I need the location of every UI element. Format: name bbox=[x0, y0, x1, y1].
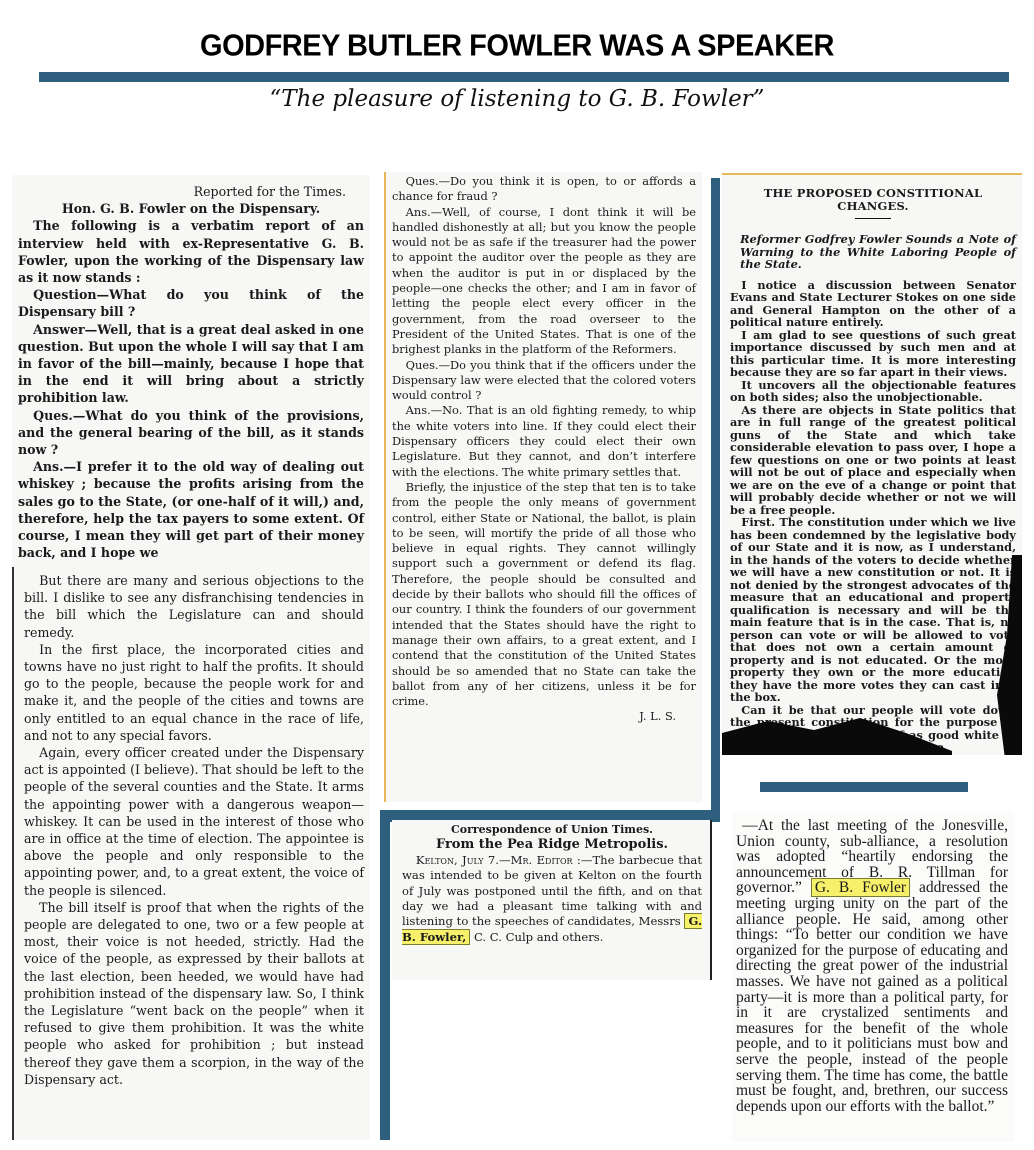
clipping-paragraph: I notice a discussion between Senator Ev… bbox=[730, 279, 1016, 329]
clipping-deck: Reformer Godfrey Fowler Sounds a Note of… bbox=[730, 233, 1016, 271]
clipping-text: C. C. Culp and others. bbox=[474, 930, 603, 944]
clipping-pea-ridge: Correspondence of Union Times. From the … bbox=[392, 820, 712, 980]
clipping-paragraph: Kelton, July 7.—Mr. Editor :—The barbecu… bbox=[402, 853, 702, 945]
clipping-text: addressed the meeting urging unity on th… bbox=[736, 879, 1008, 1114]
clipping-interview-part1: Reported for the Times. Hon. G. B. Fowle… bbox=[12, 175, 370, 567]
clipping-headline: From the Pea Ridge Metropolis. bbox=[402, 837, 702, 852]
clipping-paragraph: Ans.—I prefer it to the old way of deali… bbox=[18, 458, 364, 561]
page-subtitle: “The pleasure of listening to G. B. Fowl… bbox=[0, 86, 1034, 112]
clipping-dateline: Reported for the Times. bbox=[18, 183, 364, 200]
clipping-paragraph: Ques.—Do you think that if the officers … bbox=[392, 358, 696, 404]
clipping-paragraph: Question—What do you think of the Dispen… bbox=[18, 286, 364, 320]
clipping-interview-part3: Ques.—Do you think it is open, to or aff… bbox=[384, 172, 702, 802]
clipping-interview-part2: But there are many and serious objection… bbox=[12, 567, 370, 1140]
title-divider bbox=[39, 72, 1009, 82]
clipping-paragraph: Ques.—Do you think it is open, to or aff… bbox=[392, 174, 696, 205]
clipping-signature: J. L. S. bbox=[392, 709, 696, 724]
clipping-paragraph: The bill itself is proof that when the r… bbox=[24, 899, 364, 1088]
clipping-paragraph: But there are many and serious objection… bbox=[24, 572, 364, 641]
clipping-paragraph: Answer—Well, that is a great deal asked … bbox=[18, 321, 364, 407]
clipping-paragraph: Ans.—Well, of course, I dont think it wi… bbox=[392, 205, 696, 358]
clipping-paragraph: Briefly, the injustice of the step that … bbox=[392, 480, 696, 709]
clipping-paragraph: —At the last meeting of the Jonesville, … bbox=[736, 818, 1008, 1114]
clipping-paragraph: It uncovers all the objectionable featur… bbox=[730, 379, 1016, 404]
frame-bar-vertical-lower bbox=[380, 810, 390, 1140]
headline-rule bbox=[855, 218, 891, 219]
clipping-paragraph: Ques.—What do you think of the provision… bbox=[18, 407, 364, 459]
page-title: GODFREY BUTLER FOWLER WAS A SPEAKER bbox=[0, 29, 1034, 64]
clipping-paragraph: As there are objects in State politics t… bbox=[730, 404, 1016, 517]
divider-bar bbox=[760, 782, 968, 792]
clipping-dateline: Correspondence of Union Times. bbox=[402, 822, 702, 837]
clipping-paragraph: Ans.—No. That is an old fighting remedy,… bbox=[392, 403, 696, 479]
clipping-lead: Kelton, July 7.—Mr. Editor : bbox=[416, 853, 581, 867]
clipping-paragraph: The following is a verbatim report of an… bbox=[18, 217, 364, 286]
clipping-constitutional-changes: THE PROPOSED CONSTITIONAL CHANGES. Refor… bbox=[722, 173, 1022, 755]
frame-bar-vertical-right bbox=[713, 178, 720, 758]
clipping-paragraph: In the first place, the incorporated cit… bbox=[24, 641, 364, 744]
clipping-headline: THE PROPOSED CONSTITIONAL CHANGES. bbox=[730, 187, 1016, 212]
clipping-paragraph: Again, every officer created under the D… bbox=[24, 744, 364, 899]
clipping-headline: Hon. G. B. Fowler on the Dispensary. bbox=[18, 200, 364, 217]
clipping-paragraph: First. The constitution under which we l… bbox=[730, 516, 1016, 704]
clipping-paragraph: I am glad to see questions of such great… bbox=[730, 329, 1016, 379]
clipping-jonesville: —At the last meeting of the Jonesville, … bbox=[732, 812, 1014, 1142]
